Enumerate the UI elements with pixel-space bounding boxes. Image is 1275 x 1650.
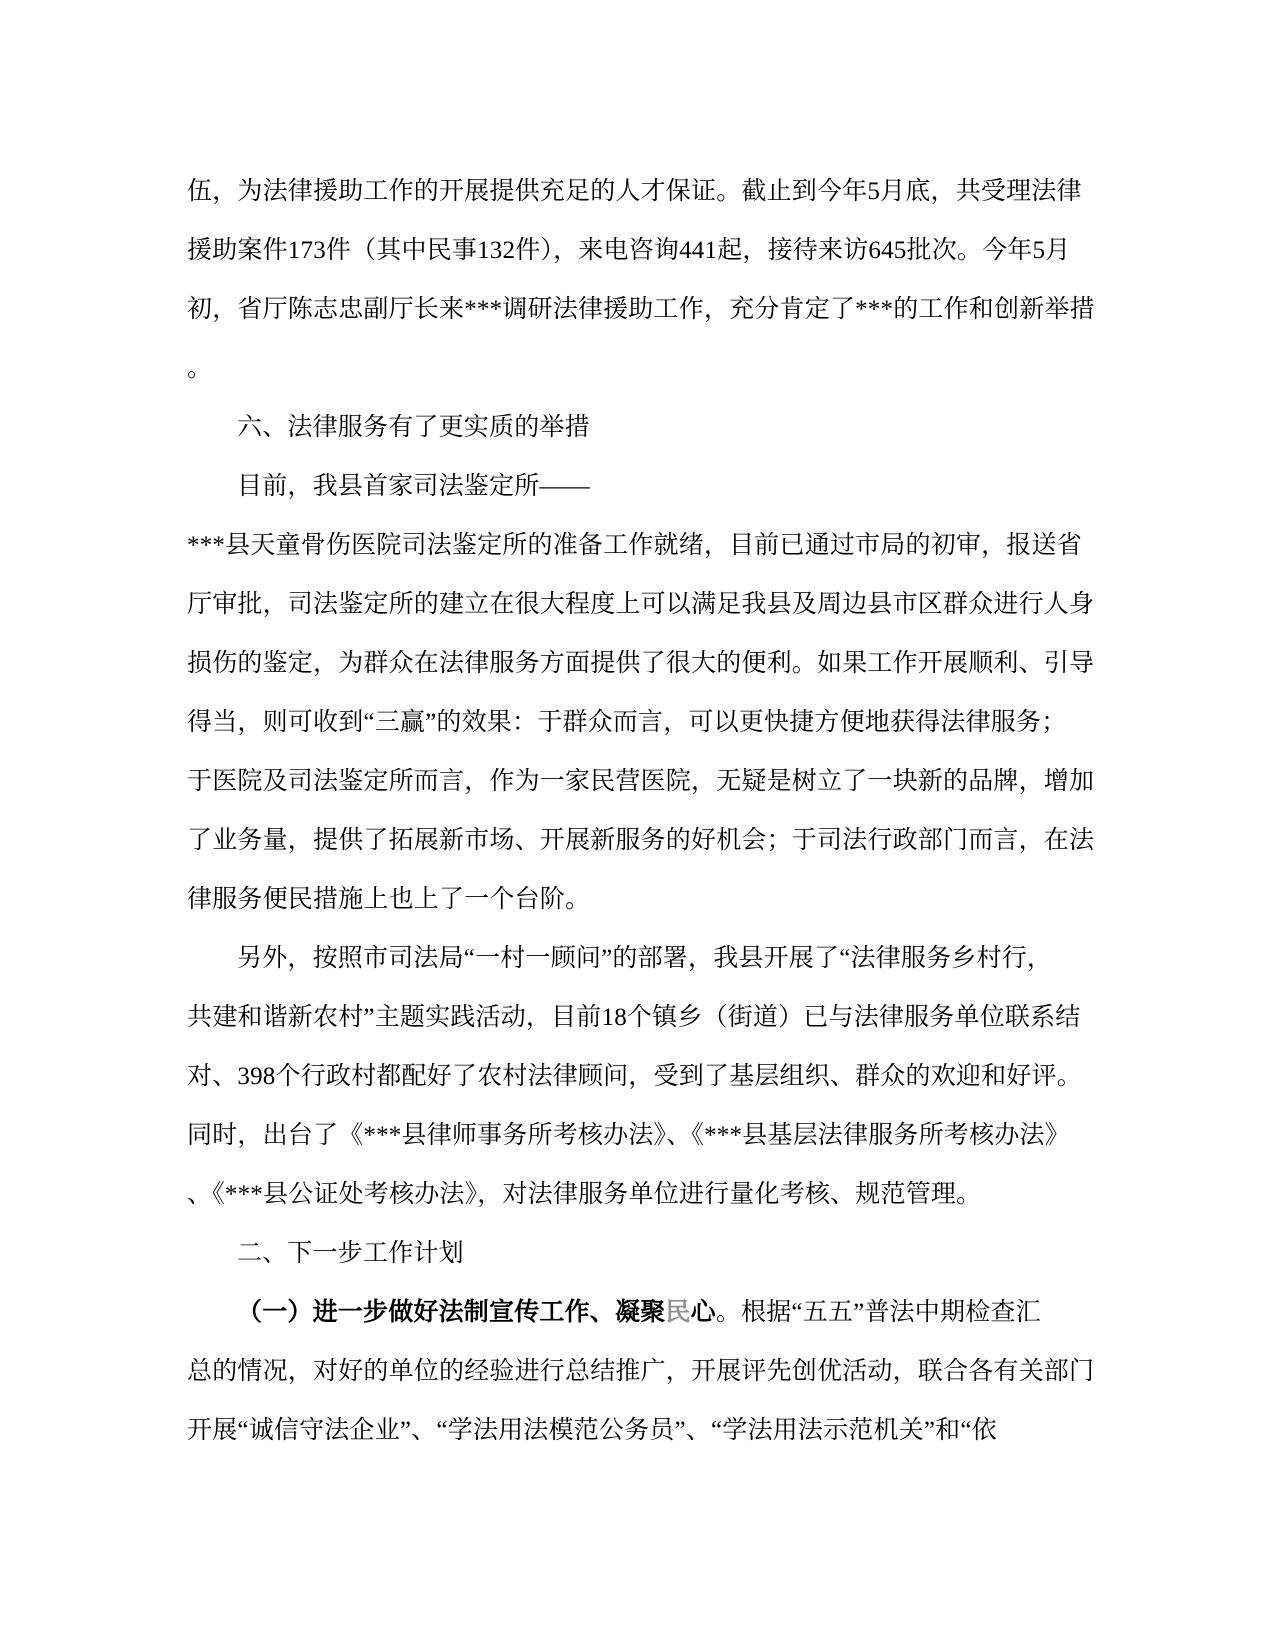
text-line: 了业务量，提供了拓展新市场、开展新服务的好机会；于司法行政部门而言，在法 bbox=[187, 811, 1092, 870]
text-run: 心 bbox=[691, 1299, 716, 1326]
text-run: 厅审批，司法鉴定所的建立在很大程度上可以满足我县及周边县市区群众进行人身 bbox=[187, 591, 1094, 618]
text-line: 损伤的鉴定，为群众在法律服务方面提供了很大的便利。如果工作开展顺利、引导 bbox=[187, 634, 1092, 693]
text-run: 律服务便民措施上也上了一个台阶。 bbox=[187, 886, 590, 913]
text-line: 厅审批，司法鉴定所的建立在很大程度上可以满足我县及周边县市区群众进行人身 bbox=[187, 575, 1092, 634]
text-line: 得当，则可收到“三赢”的效果：于群众而言，可以更快捷方便地获得法律服务； bbox=[187, 693, 1092, 752]
text-line: 共建和谐新农村”主题实践活动，目前18个镇乡（街道）已与法律服务单位联系结 bbox=[187, 988, 1092, 1047]
text-run: 共建和谐新农村”主题实践活动，目前18个镇乡（街道）已与法律服务单位联系结 bbox=[187, 1004, 1081, 1031]
text-line: 、《***县公证处考核办法》，对法律服务单位进行量化考核、规范管理。 bbox=[187, 1165, 1092, 1224]
text-run: 另外，按照市司法局“一村一顾问”的部署，我县开展了“法律服务乡村行， bbox=[237, 945, 1052, 972]
document-text-block: 伍，为法律援助工作的开展提供充足的人才保证。截止到今年5月底，共受理法律援助案件… bbox=[187, 162, 1092, 1460]
text-run: 二、下一步工作计划 bbox=[237, 1240, 464, 1267]
text-line: 同时，出台了《***县律师事务所考核办法》、《***县基层法律服务所考核办法》 bbox=[187, 1106, 1092, 1165]
text-line: 援助案件173件（其中民事132件），来电咨询441起，接待来访645批次。今年… bbox=[187, 221, 1092, 280]
text-run: 同时，出台了《***县律师事务所考核办法》、《***县基层法律服务所考核办法》 bbox=[187, 1122, 1070, 1149]
text-run: 得当，则可收到“三赢”的效果：于群众而言，可以更快捷方便地获得法律服务； bbox=[187, 709, 1066, 736]
text-run: 损伤的鉴定，为群众在法律服务方面提供了很大的便利。如果工作开展顺利、引导 bbox=[187, 650, 1094, 677]
text-run: 援助案件173件（其中民事132件），来电咨询441起，接待来访645批次。今年… bbox=[187, 237, 1070, 264]
text-run: 。根据“五五”普法中期检查汇 bbox=[716, 1299, 1041, 1326]
text-line: 对、398个行政村都配好了农村法律顾问，受到了基层组织、群众的欢迎和好评。 bbox=[187, 1047, 1092, 1106]
text-line: 开展“诚信守法企业”、“学法用法模范公务员”、“学法用法示范机关”和“依 bbox=[187, 1401, 1092, 1460]
document-page: 伍，为法律援助工作的开展提供充足的人才保证。截止到今年5月底，共受理法律援助案件… bbox=[0, 0, 1275, 1650]
text-run: 、《***县公证处考核办法》，对法律服务单位进行量化考核、规范管理。 bbox=[187, 1181, 981, 1208]
text-line: 六、法律服务有了更实质的举措 bbox=[187, 398, 1092, 457]
text-run: 了业务量，提供了拓展新市场、开展新服务的好机会；于司法行政部门而言，在法 bbox=[187, 827, 1094, 854]
text-run: ***县天童骨伤医院司法鉴定所的准备工作就绪，目前已通过市局的初审，报送省 bbox=[187, 532, 1082, 559]
text-run: （一）进一步做好法制宣传工作、凝聚 bbox=[237, 1299, 665, 1326]
text-line: 于医院及司法鉴定所而言，作为一家民营医院，无疑是树立了一块新的品牌，增加 bbox=[187, 752, 1092, 811]
text-line: 另外，按照市司法局“一村一顾问”的部署，我县开展了“法律服务乡村行， bbox=[187, 929, 1092, 988]
text-line: 总的情况，对好的单位的经验进行总结推广，开展评先创优活动，联合各有关部门 bbox=[187, 1342, 1092, 1401]
text-line: 。 bbox=[187, 339, 1092, 398]
text-run: 总的情况，对好的单位的经验进行总结推广，开展评先创优活动，联合各有关部门 bbox=[187, 1358, 1094, 1385]
text-run: 伍，为法律援助工作的开展提供充足的人才保证。截止到今年5月底，共受理法律 bbox=[187, 178, 1082, 205]
text-run: 开展“诚信守法企业”、“学法用法模范公务员”、“学法用法示范机关”和“依 bbox=[187, 1417, 997, 1444]
text-run: 于医院及司法鉴定所而言，作为一家民营医院，无疑是树立了一块新的品牌，增加 bbox=[187, 768, 1094, 795]
text-run: 。 bbox=[187, 355, 212, 382]
text-run: 对、398个行政村都配好了农村法律顾问，受到了基层组织、群众的欢迎和好评。 bbox=[187, 1063, 1082, 1090]
text-line: ***县天童骨伤医院司法鉴定所的准备工作就绪，目前已通过市局的初审，报送省 bbox=[187, 516, 1092, 575]
text-line: 目前，我县首家司法鉴定所—— bbox=[187, 457, 1092, 516]
text-run: 初，省厅陈志忠副厅长来***调研法律援助工作，充分肯定了***的工作和创新举措 bbox=[187, 296, 1095, 323]
text-line: 律服务便民措施上也上了一个台阶。 bbox=[187, 870, 1092, 929]
text-run: 目前，我县首家司法鉴定所—— bbox=[237, 473, 590, 500]
text-line: 二、下一步工作计划 bbox=[187, 1224, 1092, 1283]
text-run: 六、法律服务有了更实质的举措 bbox=[237, 414, 590, 441]
text-line: 伍，为法律援助工作的开展提供充足的人才保证。截止到今年5月底，共受理法律 bbox=[187, 162, 1092, 221]
text-line: 初，省厅陈志忠副厅长来***调研法律援助工作，充分肯定了***的工作和创新举措 bbox=[187, 280, 1092, 339]
text-line: （一）进一步做好法制宣传工作、凝聚民心。根据“五五”普法中期检查汇 bbox=[187, 1283, 1092, 1342]
text-run: 民 bbox=[665, 1299, 690, 1326]
